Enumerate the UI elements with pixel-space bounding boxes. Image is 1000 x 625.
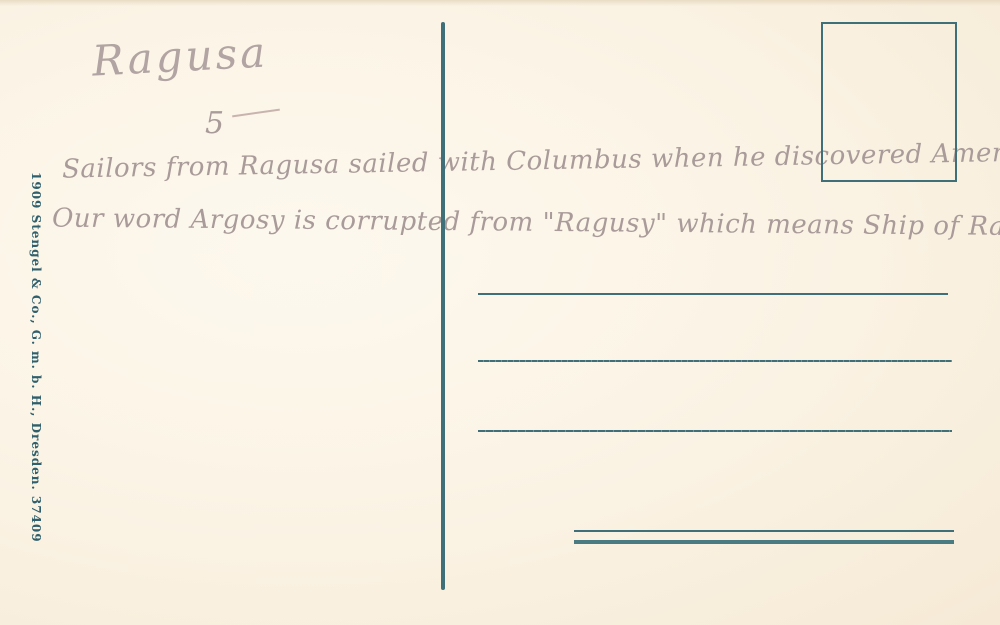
publisher-imprint: 1909 Stengel & Co., G. m. b. H., Dresden… (29, 172, 43, 543)
handwritten-title: Ragusa (91, 27, 269, 85)
handwritten-number: 5 (205, 106, 225, 141)
address-line-3 (478, 430, 952, 432)
postcard-back: Ragusa 5 Sailors from Ragusa sailed with… (0, 0, 1000, 625)
address-line-4-thick (574, 540, 954, 544)
center-divider-line (441, 22, 445, 590)
handwritten-underline (232, 109, 280, 118)
handwritten-note-line-2: Our word Argosy is corrupted from "Ragus… (52, 204, 1000, 243)
address-line-2 (478, 360, 952, 362)
address-line-4-thin (574, 530, 954, 532)
address-line-1 (478, 293, 948, 295)
stamp-box (821, 22, 957, 182)
